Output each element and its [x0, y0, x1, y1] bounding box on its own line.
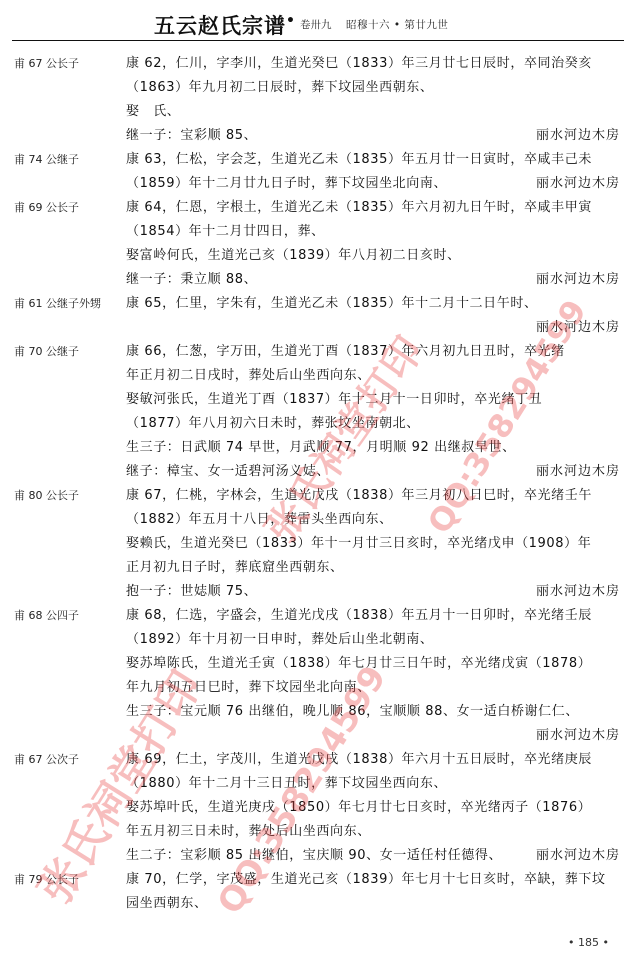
- entry-line: 园坐西朝东、: [126, 892, 620, 916]
- lineage-label: 甫 67 公次子: [14, 748, 110, 772]
- entry-line: （1877）年八月初六日未时，葬张坟坐南朝北、: [126, 412, 620, 436]
- line-text: 生二子：宝彩顺 85 出继伯，宝庆顺 90、女一适任村任德得、: [126, 848, 502, 863]
- entry-kang-63: 甫 74 公继子 康 63，仁松，字会芝，生道光乙未（1835）年五月廿一日寅时…: [0, 148, 635, 196]
- generation-label: 昭穆十六 • 第廿九世: [346, 17, 448, 32]
- entry-line: 康 64，仁恩，字根土，生道光乙未（1835）年六月初九日午时，卒咸丰甲寅: [126, 196, 620, 220]
- entry-kang-65: 甫 61 公继子外甥 康 65，仁里，字朱有，生道光乙未（1835）年十二月十二…: [0, 292, 635, 340]
- entry-line: 年正月初二日戌时，葬处后山坐西向东、: [126, 364, 620, 388]
- page-header: 五云赵氏宗谱 • 卷卅九 昭穆十六 • 第廿九世: [0, 0, 635, 42]
- entry-kang-69: 甫 67 公次子 康 69，仁土，字茂川，生道光戊戌（1838）年六月十五日辰时…: [0, 748, 635, 868]
- lineage-label: 甫 80 公长子: [14, 484, 110, 508]
- entry-kang-62: 甫 67 公长子 康 62，仁川，字李川，生道光癸巳（1833）年三月廿七日辰时…: [0, 52, 635, 148]
- title-separator: •: [286, 13, 295, 29]
- branch-label: 丽水河边木房: [536, 580, 620, 604]
- branch-label: 丽水河边木房: [536, 268, 620, 292]
- branch-label: 丽水河边木房: [536, 460, 620, 484]
- volume-label: 卷卅九: [300, 17, 332, 32]
- entry-line: 年九月初五日巳时，葬下坟园坐北向南、: [126, 676, 620, 700]
- entry-line: （1854）年十二月廿四日，葬、: [126, 220, 620, 244]
- entry-line: 继一子：宝彩顺 85、丽水河边木房: [126, 124, 620, 148]
- branch-label: 丽水河边木房: [536, 844, 620, 868]
- entry-line: 正月初九日子时，葬底窟坐西朝东、: [126, 556, 620, 580]
- lineage-label: 甫 69 公长子: [14, 196, 110, 220]
- branch-label: 丽水河边木房: [536, 316, 620, 340]
- line-text: （1859）年十二月廿九日子时，葬下坟园坐北向南、: [126, 176, 447, 191]
- entry-kang-68: 甫 68 公四子 康 68，仁选，字盛会，生道光戊戌（1838）年五月十一日卯时…: [0, 604, 635, 748]
- genealogy-entries: 甫 67 公长子 康 62，仁川，字李川，生道光癸巳（1833）年三月廿七日辰时…: [0, 52, 635, 916]
- line-text: 继一子：秉立顺 88、: [126, 272, 257, 287]
- entry-line: 继子：樟宝、女一适碧河汤义娡、丽水河边木房: [126, 460, 620, 484]
- entry-line: 康 62，仁川，字李川，生道光癸巳（1833）年三月廿七日辰时，卒同治癸亥: [126, 52, 620, 76]
- entry-line: 丽水河边木房: [126, 724, 620, 748]
- lineage-label: 甫 70 公继子: [14, 340, 110, 364]
- entry-line: 康 66，仁葱，字万田，生道光丁酉（1837）年六月初九日丑时，卒光绪: [126, 340, 620, 364]
- entry-line: 丽水河边木房: [126, 316, 620, 340]
- entry-line: 抱一子：世娡顺 75、丽水河边木房: [126, 580, 620, 604]
- line-text: 继一子：宝彩顺 85、: [126, 128, 257, 143]
- line-text: 抱一子：世娡顺 75、: [126, 584, 257, 599]
- branch-label: 丽水河边木房: [536, 172, 620, 196]
- lineage-label: 甫 67 公长子: [14, 52, 110, 76]
- entry-line: 康 67，仁桃，字林会，生道光戊戌（1838）年三月初八日巳时，卒光绪壬午: [126, 484, 620, 508]
- entry-kang-70: 甫 79 公长子 康 70，仁学，字茂盛，生道光己亥（1839）年七月十七日亥时…: [0, 868, 635, 916]
- entry-line: 康 68，仁选，字盛会，生道光戊戌（1838）年五月十一日卯时，卒光绪壬辰: [126, 604, 620, 628]
- branch-label: 丽水河边木房: [536, 124, 620, 148]
- lineage-label: 甫 68 公四子: [14, 604, 110, 628]
- entry-line: 年五月初三日未时，葬处后山坐西向东、: [126, 820, 620, 844]
- entry-line: 康 65，仁里，字朱有，生道光乙未（1835）年十二月十二日午时、: [126, 292, 620, 316]
- lineage-label: 甫 61 公继子外甥: [14, 292, 110, 316]
- book-title: 五云赵氏宗谱: [154, 10, 286, 40]
- entry-line: （1882）年五月十八日，葬雷头坐西向东、: [126, 508, 620, 532]
- page-number: • 185 •: [568, 936, 609, 949]
- entry-line: 生二子：宝彩顺 85 出继伯，宝庆顺 90、女一适任村任德得、丽水河边木房: [126, 844, 620, 868]
- entry-line: 生三子：宝元顺 76 出继伯，晚儿顺 86，宝顺顺 88、女一适白桥谢仁仁、: [126, 700, 620, 724]
- entry-line: （1859）年十二月廿九日子时，葬下坟园坐北向南、丽水河边木房: [126, 172, 620, 196]
- entry-line: 娶赖氏，生道光癸巳（1833）年十一月廿三日亥时，卒光绪戊申（1908）年: [126, 532, 620, 556]
- entry-line: 继一子：秉立顺 88、丽水河边木房: [126, 268, 620, 292]
- entry-line: 娶 氏、: [126, 100, 620, 124]
- entry-kang-66: 甫 70 公继子 康 66，仁葱，字万田，生道光丁酉（1837）年六月初九日丑时…: [0, 340, 635, 484]
- lineage-label: 甫 79 公长子: [14, 868, 110, 892]
- header-divider: [12, 40, 624, 41]
- entry-line: （1892）年十月初一日申时，葬处后山坐北朝南、: [126, 628, 620, 652]
- entry-line: 娶富岭何氏，生道光己亥（1839）年八月初二日亥时、: [126, 244, 620, 268]
- entry-line: 娶苏埠陈氏，生道光壬寅（1838）年七月廿三日午时，卒光绪戊寅（1878）: [126, 652, 620, 676]
- entry-line: 生三子：日武顺 74 早世，月武顺 77，月明顺 92 出继叔早世、: [126, 436, 620, 460]
- entry-kang-67: 甫 80 公长子 康 67，仁桃，字林会，生道光戊戌（1838）年三月初八日巳时…: [0, 484, 635, 604]
- branch-label: 丽水河边木房: [536, 724, 620, 748]
- entry-line: 康 69，仁土，字茂川，生道光戊戌（1838）年六月十五日辰时，卒光绪庚辰: [126, 748, 620, 772]
- entry-kang-64: 甫 69 公长子 康 64，仁恩，字根土，生道光乙未（1835）年六月初九日午时…: [0, 196, 635, 292]
- entry-line: 娶敏河张氏，生道光丁酉（1837）年十二月十一日卯时，卒光绪丁丑: [126, 388, 620, 412]
- line-text: 继子：樟宝、女一适碧河汤义娡、: [126, 464, 330, 479]
- entry-line: （1863）年九月初二日辰时，葬下坟园坐西朝东、: [126, 76, 620, 100]
- lineage-label: 甫 74 公继子: [14, 148, 110, 172]
- entry-line: 康 63，仁松，字会芝，生道光乙未（1835）年五月廿一日寅时，卒咸丰己未: [126, 148, 620, 172]
- entry-line: 康 70，仁学，字茂盛，生道光己亥（1839）年七月十七日亥时，卒缺，葬下坟: [126, 868, 620, 892]
- entry-line: 娶苏埠叶氏，生道光庚戌（1850）年七月廿七日亥时，卒光绪丙子（1876）: [126, 796, 620, 820]
- entry-line: （1880）年十二月十三日丑时，葬下坟园坐西向东、: [126, 772, 620, 796]
